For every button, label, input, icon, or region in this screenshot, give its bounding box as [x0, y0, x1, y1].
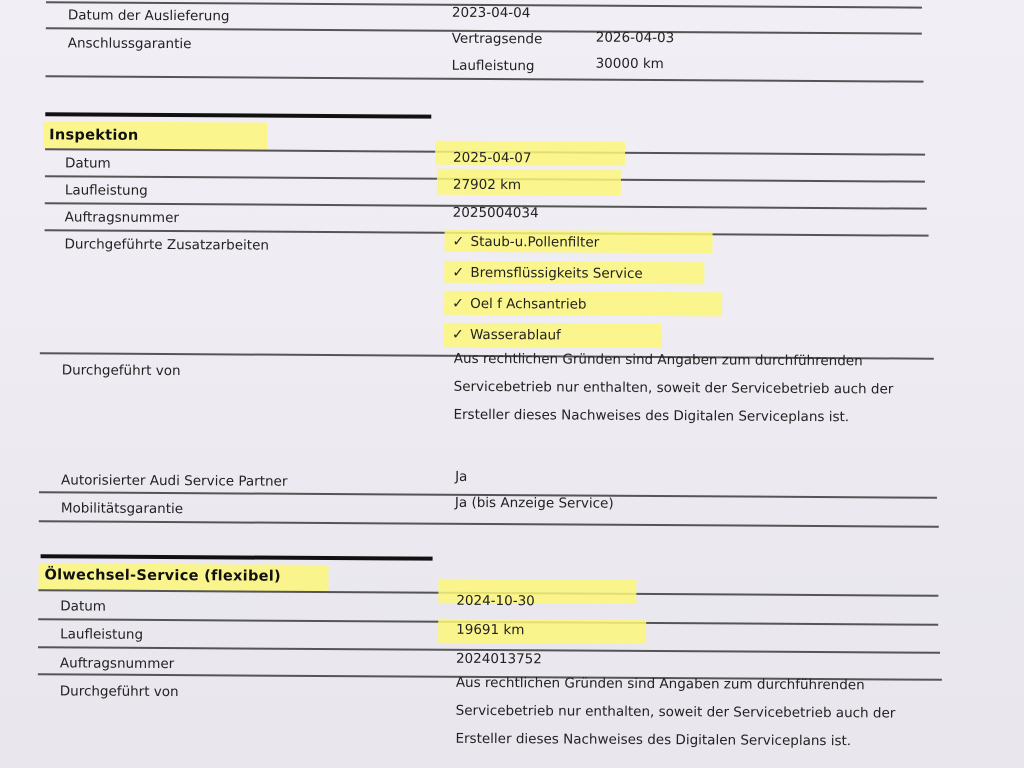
- section-bar: [45, 112, 431, 118]
- oil-performed-by-note: Aus rechtlichen Gründen sind Angaben zum…: [455, 669, 895, 756]
- checkmark-icon: ✓: [452, 265, 470, 281]
- extra-work-item: ✓Staub-u.Pollenfilter: [452, 234, 599, 251]
- inspection-mileage-value: 27902 km: [453, 177, 521, 193]
- section-bar: [41, 554, 433, 560]
- oil-mileage-label: Laufleistung: [60, 626, 143, 643]
- mobility-value: Ja (bis Anzeige Service): [455, 495, 614, 512]
- inspection-order-value: 2025004034: [453, 205, 539, 222]
- warranty-mileage-value: 30000 km: [596, 56, 664, 72]
- inspection-date-value: 2025-04-07: [453, 150, 532, 166]
- oil-mileage-value: 19691 km: [456, 622, 524, 638]
- oil-performed-by-label: Durchgeführt von: [60, 683, 179, 700]
- authorized-partner-value: Ja: [455, 469, 467, 485]
- extra-work-item: ✓Wasserablauf: [452, 327, 561, 344]
- oil-service-title: Ölwechsel-Service (flexibel): [44, 567, 281, 584]
- extra-work-item: ✓Bremsflüssigkeits Service: [452, 265, 642, 282]
- extended-warranty-label: Anschlussgarantie: [68, 35, 192, 52]
- oil-order-value: 2024013752: [456, 651, 542, 668]
- performed-by-note: Aus rechtlichen Gründen sind Angaben zum…: [453, 345, 893, 432]
- divider: [39, 520, 939, 527]
- checkmark-icon: ✓: [452, 327, 470, 343]
- contract-end-value: 2026-04-03: [596, 30, 675, 46]
- extra-work-item: ✓Oel f Achsantrieb: [452, 296, 586, 313]
- inspection-mileage-label: Laufleistung: [65, 182, 148, 199]
- authorized-partner-label: Autorisierter Audi Service Partner: [61, 472, 287, 489]
- service-record-page: Datum der Auslieferung 2023-04-04 Anschl…: [0, 0, 1024, 768]
- checkmark-icon: ✓: [452, 296, 470, 312]
- inspection-order-label: Auftragsnummer: [65, 209, 179, 226]
- inspection-title: Inspektion: [49, 127, 139, 144]
- extra-work-label: Durchgeführte Zusatzarbeiten: [64, 236, 269, 253]
- oil-date-value: 2024-10-30: [456, 593, 535, 609]
- delivery-date-label: Datum der Auslieferung: [68, 7, 230, 24]
- warranty-mileage-label: Laufleistung: [452, 58, 535, 75]
- delivery-date-value: 2023-04-04: [452, 5, 531, 21]
- performed-by-label: Durchgeführt von: [62, 362, 181, 379]
- divider: [46, 75, 924, 82]
- inspection-date-label: Datum: [65, 155, 111, 171]
- checkmark-icon: ✓: [452, 234, 470, 250]
- oil-order-label: Auftragsnummer: [60, 655, 174, 672]
- oil-date-label: Datum: [60, 598, 106, 614]
- mobility-label: Mobilitätsgarantie: [61, 500, 183, 517]
- contract-end-label: Vertragsende: [452, 31, 543, 48]
